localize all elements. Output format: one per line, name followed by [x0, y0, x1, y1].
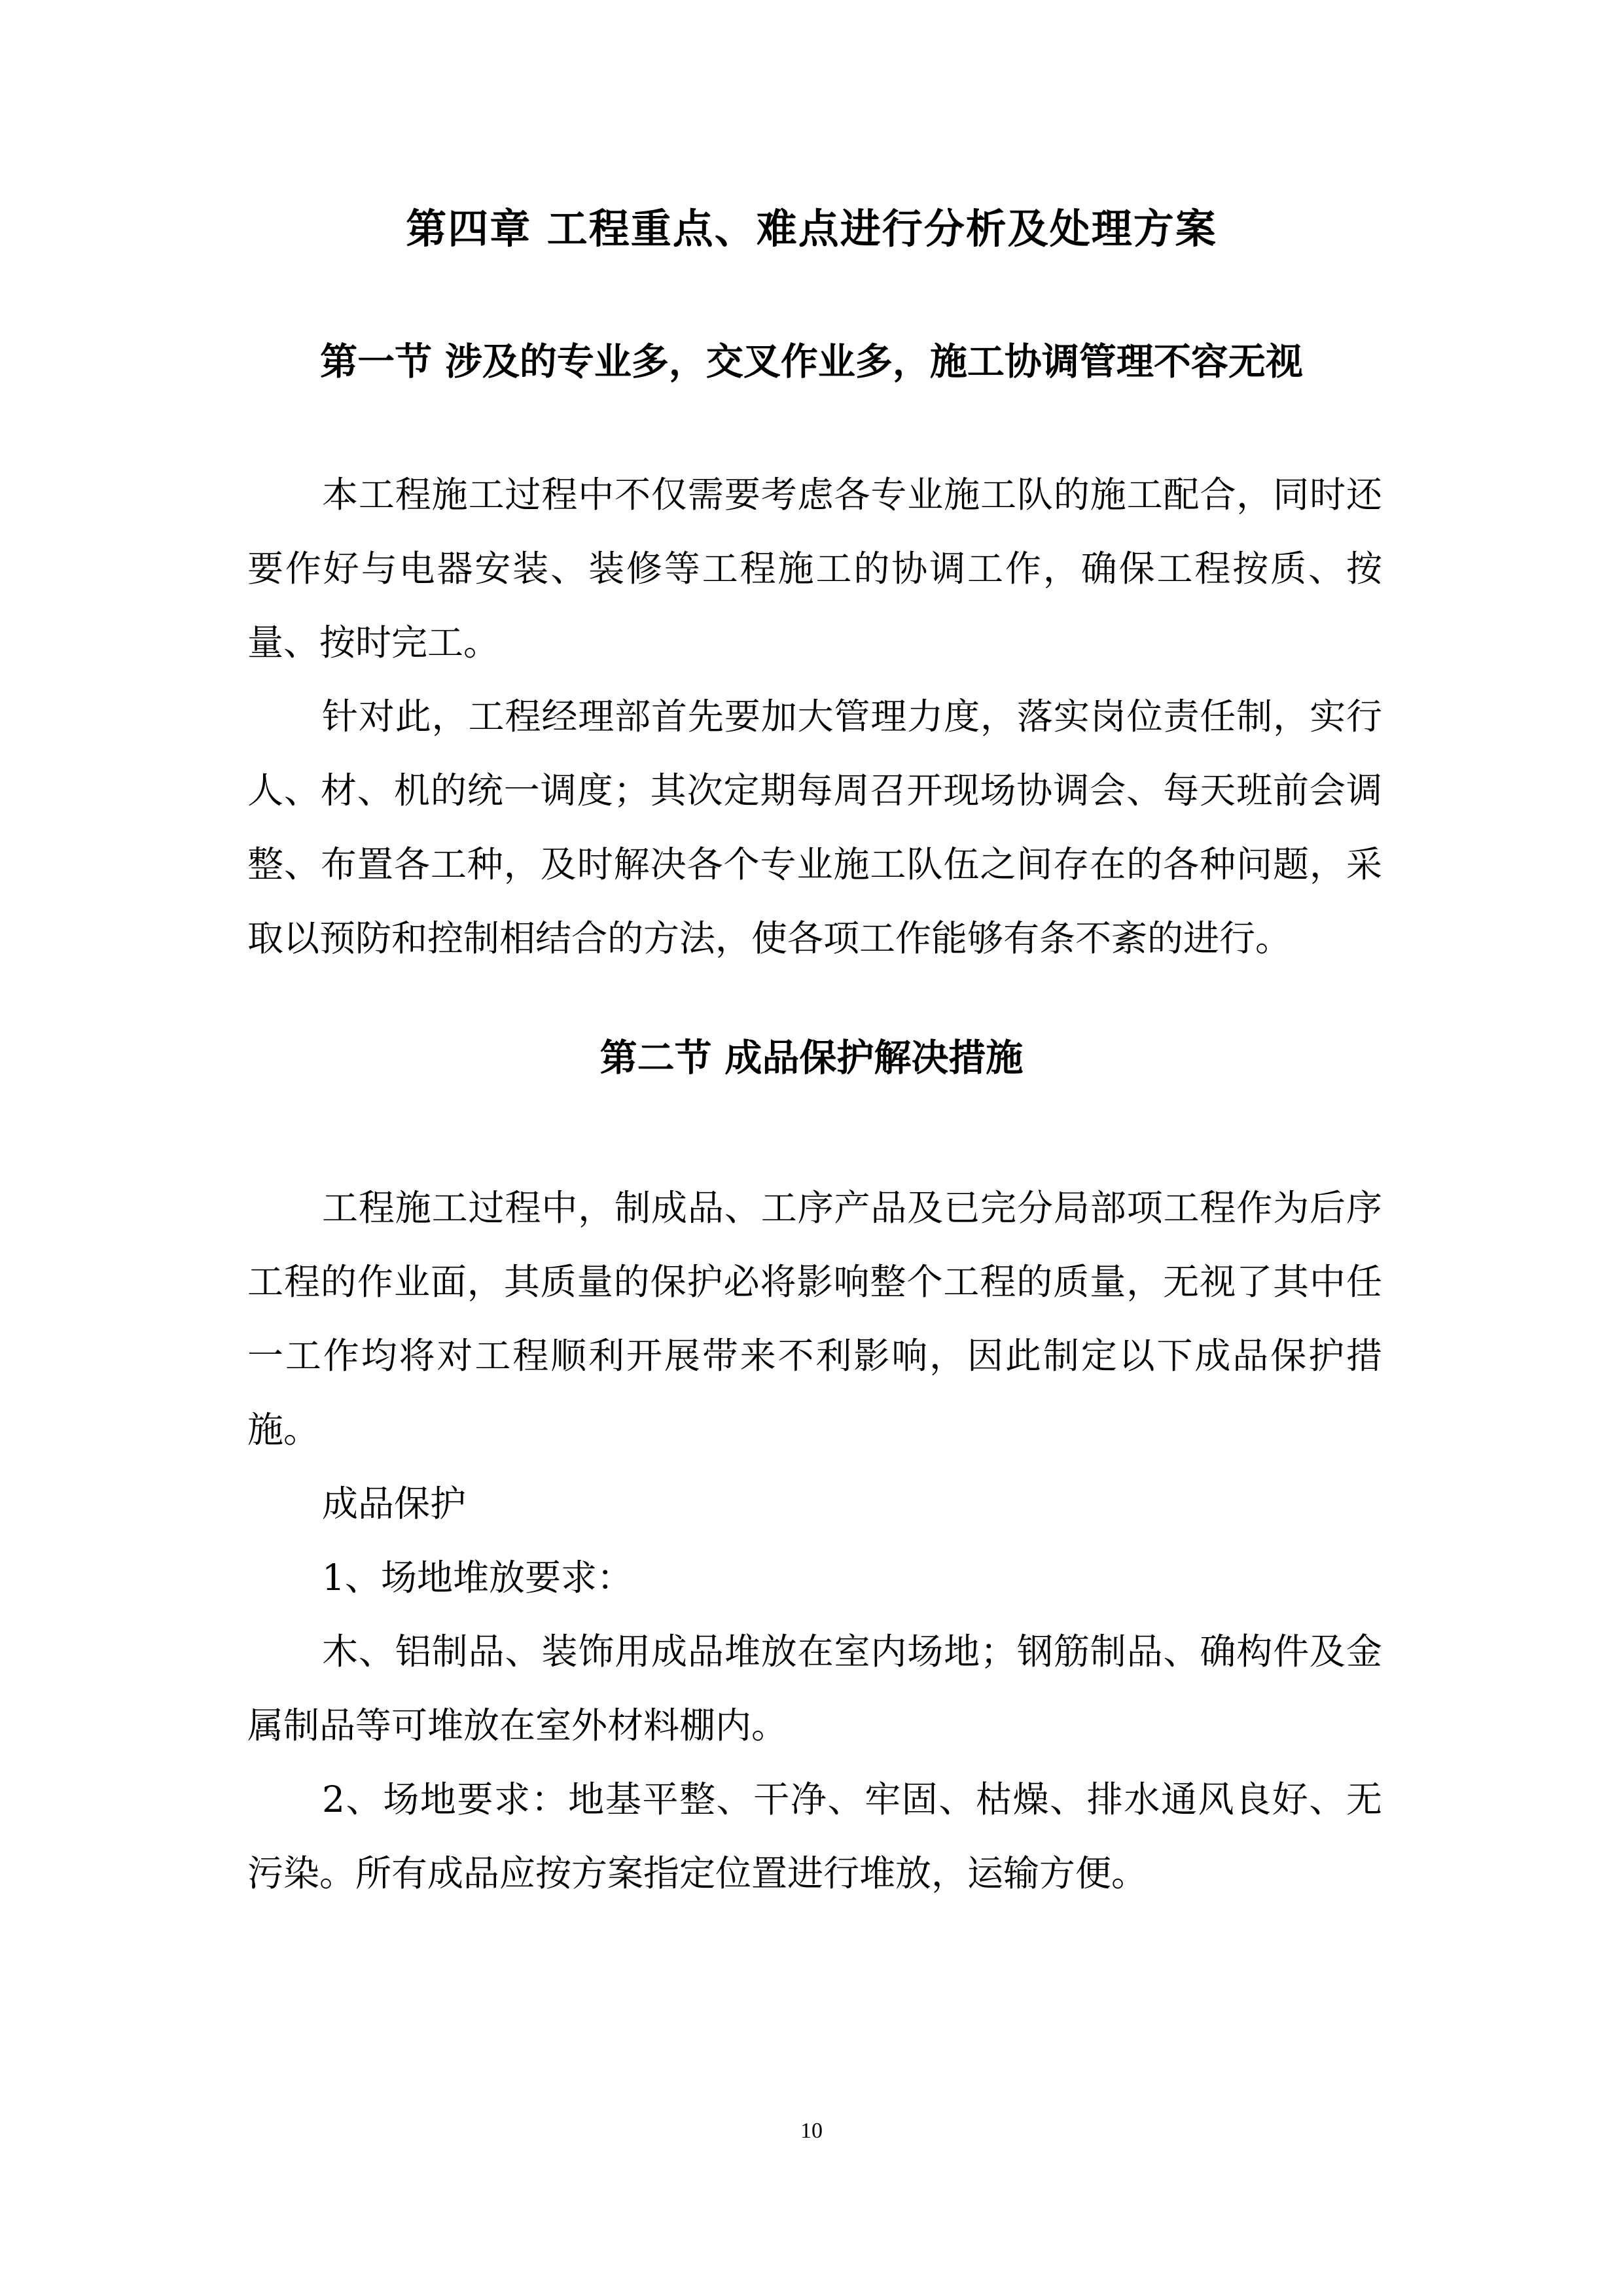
section-1-body: 本工程施工过程中不仅需要考虑各专业施工队的施工配合，同时还要作好与电器安装、装修…: [247, 458, 1382, 976]
subheading: 成品保护: [247, 1467, 1382, 1541]
paragraph: 木、铝制品、装饰用成品堆放在室内场地；钢筋制品、确构件及金属制品等可堆放在室外材…: [247, 1615, 1382, 1763]
section-2-title: 第二节 成品保护解决措施: [0, 1025, 1623, 1091]
paragraph: 本工程施工过程中不仅需要考虑各专业施工队的施工配合，同时还要作好与电器安装、装修…: [247, 458, 1382, 680]
chapter-title: 第四章 工程重点、难点进行分析及处理方案: [0, 196, 1623, 262]
section-2-body: 工程施工过程中，制成品、工序产品及已完分局部项工程作为后序工程的作业面，其质量的…: [247, 1171, 1382, 1911]
page-number: 10: [0, 2115, 1623, 2147]
list-item: 2、场地要求：地基平整、干净、牢固、枯燥、排水通风良好、无污染。所有成品应按方案…: [247, 1763, 1382, 1911]
paragraph: 工程施工过程中，制成品、工序产品及已完分局部项工程作为后序工程的作业面，其质量的…: [247, 1171, 1382, 1467]
document-page: 第四章 工程重点、难点进行分析及处理方案 第一节 涉及的专业多，交叉作业多，施工…: [0, 0, 1623, 2296]
section-1-title: 第一节 涉及的专业多，交叉作业多，施工协调管理不容无视: [0, 329, 1623, 395]
list-item: 1、场地堆放要求：: [247, 1541, 1382, 1615]
paragraph: 针对此，工程经理部首先要加大管理力度，落实岗位责任制，实行人、材、机的统一调度；…: [247, 680, 1382, 976]
